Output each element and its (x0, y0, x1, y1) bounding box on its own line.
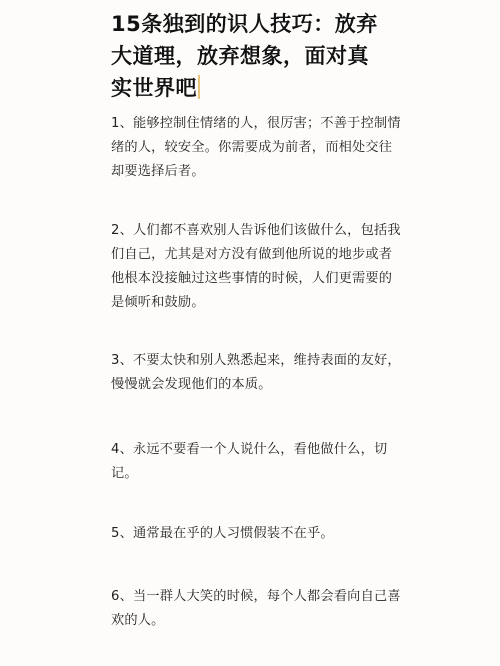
list-item-3: 3、不要太快和别人熟悉起来，维持表面的友好，慢慢就会发现他们的本质。 (111, 349, 401, 397)
document-page: 15条独到的识人技巧：放弃 大道理，放弃想象，面对真 实世界吧 1、能够控制住情… (111, 0, 401, 104)
title-line-1: 15条独到的识人技巧：放弃 (111, 12, 378, 36)
text-cursor (198, 75, 200, 99)
list-item-6: 6、当一群人大笑的时候，每个人都会看向自己喜欢的人。 (111, 585, 401, 633)
title-line-2: 大道理，放弃想象，面对真 (111, 44, 369, 68)
title-line-3: 实世界吧 (111, 76, 197, 100)
document-title[interactable]: 15条独到的识人技巧：放弃 大道理，放弃想象，面对真 实世界吧 (111, 0, 401, 104)
list-item-2: 2、人们都不喜欢别人告诉他们该做什么，包括我们自己，尤其是对方没有做到他所说的地… (111, 219, 401, 315)
list-item-4: 4、永远不要看一个人说什么，看他做什么，切记。 (111, 438, 401, 486)
list-item-5: 5、通常最在乎的人习惯假装不在乎。 (111, 522, 401, 546)
list-item-1: 1、能够控制住情绪的人，很厉害；不善于控制情绪的人，较安全。你需要成为前者，而相… (111, 112, 401, 184)
